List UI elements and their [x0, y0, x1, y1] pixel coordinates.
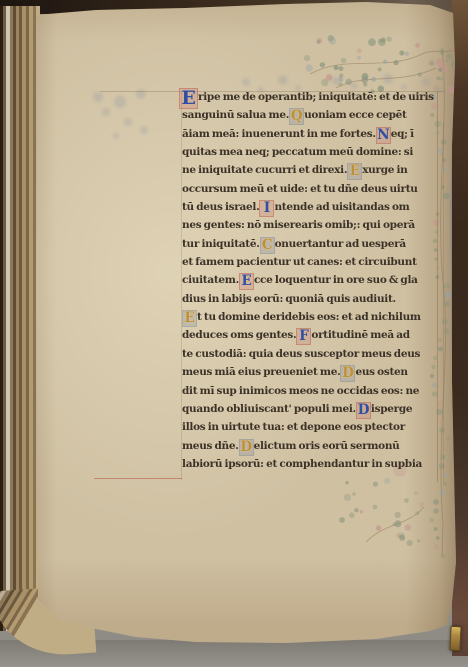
text-line: tū deus israel.Intende ad uisitandas om — [182, 198, 444, 216]
bleed-spot — [113, 133, 119, 139]
text-line: te custodiā: quia deus susceptor meus de… — [182, 345, 444, 363]
text-segment: cce loquentur in ore suo & gla — [254, 274, 418, 286]
text-segment: deduces oms gentes. — [182, 329, 296, 341]
text-segment: sanguinū salua me. — [182, 109, 289, 121]
text-line: Et tu domine deridebis eos: et ad nichil… — [182, 308, 444, 326]
text-line: occursum meū et uide: et tu dñe deus uir… — [182, 180, 444, 198]
text-segment: quitas mea neq; peccatum meū domine: si — [182, 146, 413, 158]
illuminated-initial: E — [183, 311, 196, 326]
text-segment: meus dñe. — [182, 440, 239, 452]
text-line: quitas mea neq; peccatum meū domine: si — [182, 143, 444, 161]
text-line: āiam meā: inuenerunt in me fortes.Neq; ī — [182, 125, 444, 143]
text-line: dius in labijs eorū: quoniā quis audiuit… — [182, 290, 444, 308]
bleed-spot — [242, 78, 250, 86]
illuminated-initial: D — [341, 366, 354, 381]
text-block: Eripe me de operantib; iniquitatē: et de… — [182, 88, 444, 473]
manuscript-photo: Eripe me de operantib; iniquitatē: et de… — [0, 0, 468, 667]
text-segment: et famem pacientur ut canes: et circuibu… — [182, 256, 417, 268]
text-line: meus dñe.Delictum oris eorū sermonū — [182, 437, 444, 455]
page-stack-left — [0, 6, 40, 631]
text-line: ne iniquitate cucurri et direxi.Exurge i… — [182, 161, 444, 179]
manuscript-page: Eripe me de operantib; iniquitatē: et de… — [36, 2, 456, 646]
bleed-spot — [332, 77, 340, 85]
text-segment: eus osten — [355, 366, 407, 378]
red-ruling-line — [94, 478, 182, 479]
bleed-spot — [140, 126, 148, 134]
text-line: et famem pacientur ut canes: et circuibu… — [182, 253, 444, 271]
text-segment: ntende ad uisitandas om — [274, 201, 409, 213]
text-line: quando obliuiscant' populi mei.Disperge — [182, 400, 444, 418]
bleed-spot — [124, 118, 132, 126]
bleed-spot — [383, 74, 393, 84]
illuminated-initial: E — [240, 274, 253, 289]
text-segment: isperge — [371, 403, 412, 415]
text-segment: t tu domine deridebis eos: et ad nichilu… — [197, 311, 421, 323]
bleed-spot — [102, 108, 110, 116]
text-segment: meus miā eius preueniet me. — [182, 366, 340, 378]
text-line: nes gentes: nō miserearis omib;: qui ope… — [182, 216, 444, 234]
text-segment: onuertantur ad uesperā — [275, 238, 406, 250]
text-segment: elictum oris eorū sermonū — [254, 440, 400, 452]
bleed-spot — [422, 78, 430, 86]
text-segment: ortitudinē meā ad — [311, 329, 409, 341]
text-segment: illos in uirtute tua: et depone eos ptec… — [182, 421, 405, 433]
text-segment: nes gentes: nō miserearis omib;: qui ope… — [182, 219, 415, 231]
text-line: tur iniquitatē.Conuertantur ad uesperā — [182, 235, 444, 253]
text-segment: ciuitatem. — [182, 274, 239, 286]
text-line: dit mī sup inimicos meos ne occidas eos:… — [182, 382, 444, 400]
text-segment: āiam meā: inuenerunt in me fortes. — [182, 128, 376, 140]
text-segment: uoniam ecce cepēt — [304, 109, 406, 121]
text-line: sanguinū salua me.Quoniam ecce cepēt — [182, 106, 444, 124]
text-segment: xurge in — [362, 164, 407, 176]
text-segment: te custodiā: quia deus susceptor meus de… — [182, 348, 420, 360]
text-line: illos in uirtute tua: et depone eos ptec… — [182, 418, 444, 436]
illuminated-initial: E — [180, 89, 197, 108]
text-segment: tur iniquitatē. — [182, 238, 260, 250]
illuminated-initial: E — [348, 164, 361, 179]
illuminated-initial: N — [377, 128, 390, 143]
text-line: labiorū ipsorū: et comphendantur in supb… — [182, 455, 444, 473]
text-segment: tū deus israel. — [182, 201, 259, 213]
illuminated-initial: Q — [290, 109, 303, 124]
bleed-spot — [93, 92, 103, 102]
text-line: Eripe me de operantib; iniquitatē: et de… — [182, 88, 444, 106]
illuminated-initial: C — [261, 238, 274, 253]
illuminated-initial: F — [297, 329, 310, 344]
text-line: ciuitatem.Ecce loquentur in ore suo & gl… — [182, 271, 444, 289]
text-line: deduces oms gentes.Fortitudinē meā ad — [182, 326, 444, 344]
text-segment: dius in labijs eorū: quoniā quis audiuit… — [182, 293, 396, 305]
text-segment: ne iniquitate cucurri et direxi. — [182, 164, 347, 176]
text-segment: eq; ī — [391, 128, 414, 140]
text-segment: labiorū ipsorū: et comphendantur in supb… — [182, 458, 422, 470]
text-segment: quando obliuiscant' populi mei. — [182, 403, 356, 415]
bleed-spot — [278, 75, 288, 85]
book-clasp — [449, 626, 461, 652]
bleed-spot — [136, 89, 146, 99]
text-line: meus miā eius preueniet me.Deus osten — [182, 363, 444, 381]
text-segment: ripe me de operantib; iniquitatē: et de … — [198, 91, 434, 103]
text-segment: dit mī sup inimicos meos ne occidas eos:… — [182, 385, 419, 397]
illuminated-initial: I — [260, 201, 273, 216]
text-segment: occursum meū et uide: et tu dñe deus uir… — [182, 183, 418, 195]
bleed-spot — [114, 96, 126, 108]
illuminated-initial: D — [357, 403, 370, 418]
illuminated-initial: D — [240, 440, 253, 455]
